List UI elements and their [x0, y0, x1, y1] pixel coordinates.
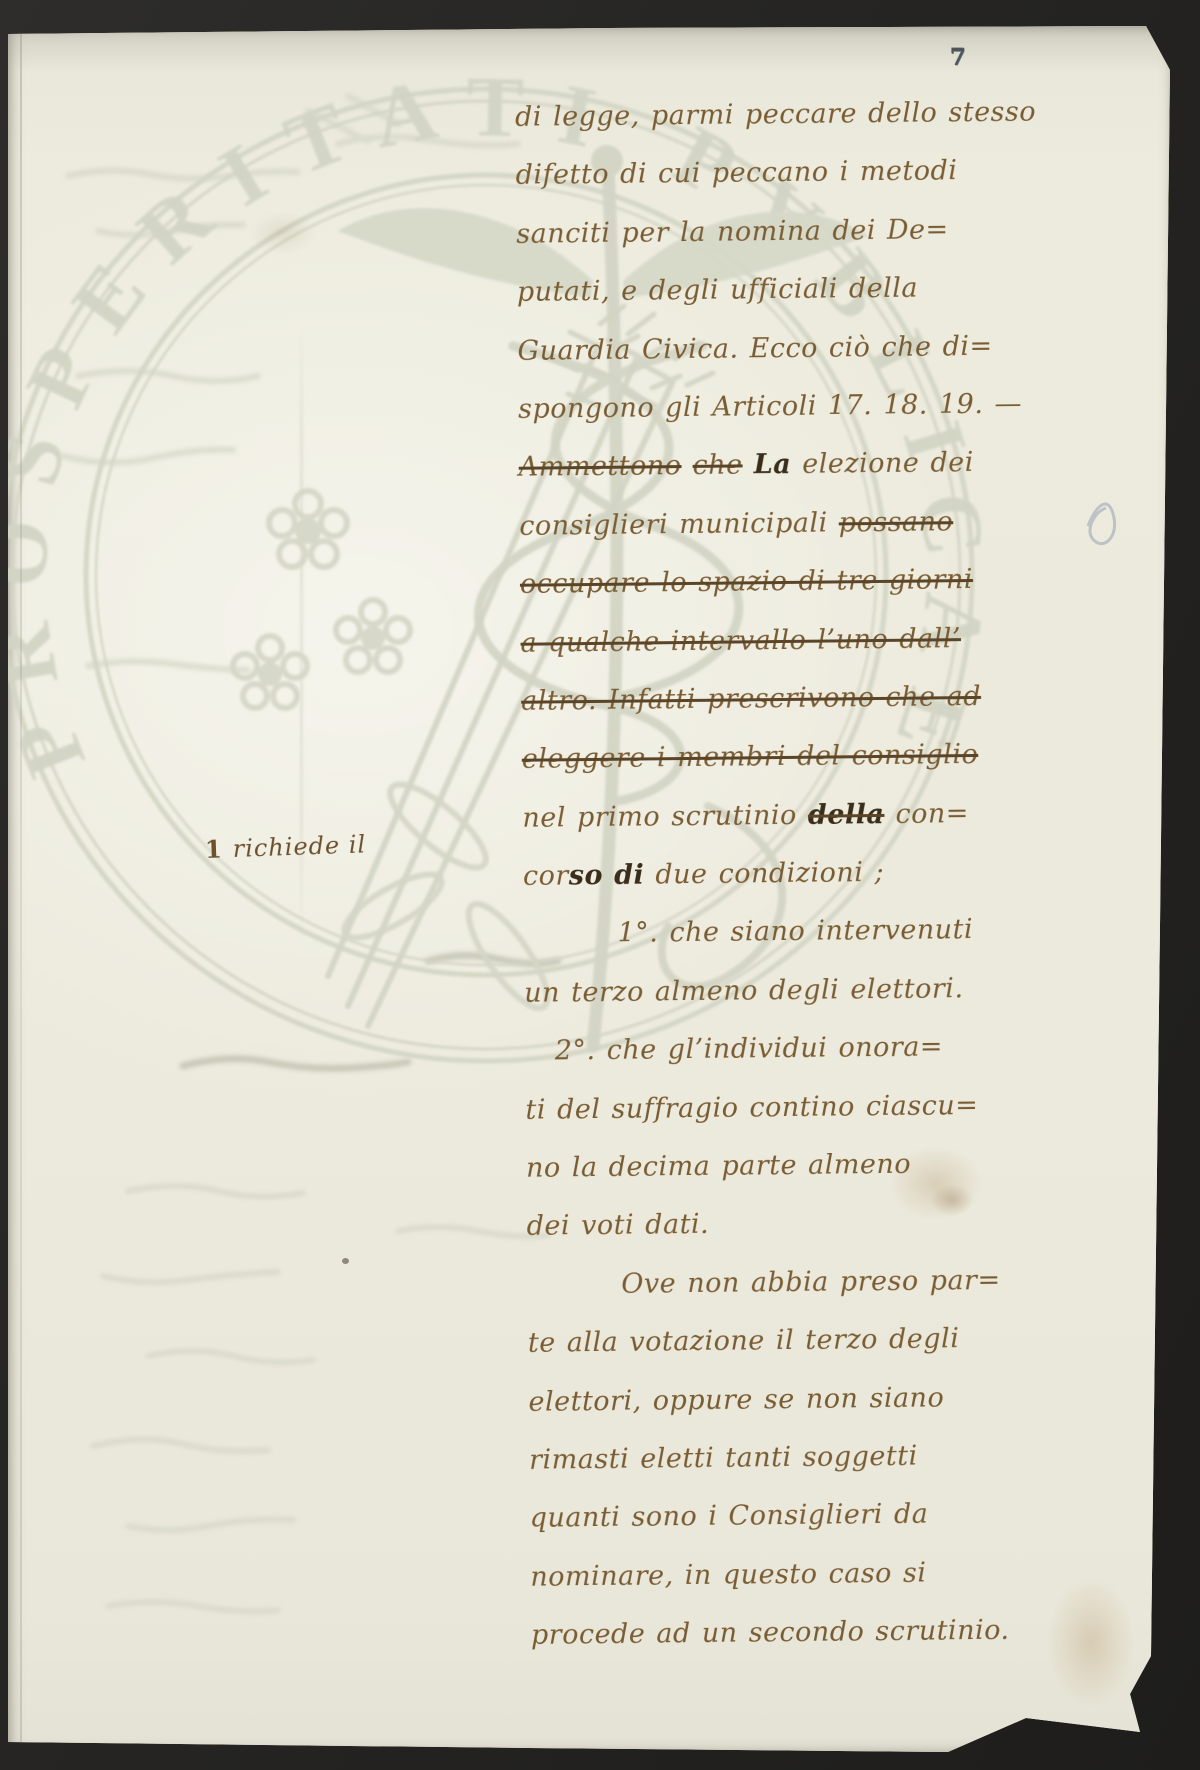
struck-text: altro. Infatti prescrivono che ad: [521, 681, 981, 717]
manuscript-line: dei voti dati.: [526, 1193, 1047, 1257]
handwritten-text: con=: [884, 798, 969, 830]
handwritten-text: elettori, oppure se non siano: [528, 1382, 944, 1417]
handwritten-text: difetto di cui peccano i metodi: [516, 156, 958, 192]
left-edge-crease: [20, 26, 22, 1754]
seal-emblem-flowers: [233, 491, 560, 1018]
handwritten-text: ti del suffragio contino ciascu=: [525, 1090, 978, 1126]
handwritten-text: putati, e degli ufficiali della: [517, 273, 918, 308]
handwritten-text: [742, 450, 753, 481]
handwritten-text: Ove non abbia preso par=: [621, 1265, 1001, 1300]
manuscript-line: nominare, in questo caso si: [530, 1543, 1051, 1607]
handwritten-text: [603, 860, 614, 891]
struck-text: che: [692, 450, 742, 482]
manuscript-text: di legge, parmi peccare dello stessodife…: [515, 83, 1051, 1665]
manuscript-line: elettori, oppure se non siano: [528, 1368, 1049, 1432]
manuscript-line: putati, e degli ufficiali della: [517, 258, 1038, 322]
handwritten-text: nominare, in questo caso si: [530, 1557, 926, 1592]
scan-background: { "page": { "number": "7" }, "watermark"…: [0, 0, 1200, 1770]
manuscript-line: nel primo scrutinio della con=: [522, 784, 1043, 848]
manuscript-line: altro. Infatti prescrivono che ad: [521, 667, 1042, 731]
margin-annotation-text: richiede il: [232, 830, 366, 863]
manuscript-line: rimasti eletti tanti soggetti: [529, 1426, 1050, 1490]
handwritten-text: sanciti per la nomina dei De=: [516, 214, 949, 250]
handwritten-text: cor: [523, 860, 569, 891]
handwritten-text: te alla votazione il terzo degli: [528, 1323, 960, 1359]
handwritten-text: La: [754, 449, 792, 480]
manuscript-line: sanciti per la nomina dei De=: [516, 200, 1037, 264]
handwritten-text: Guardia Civica. Ecco ciò che di=: [517, 330, 992, 366]
handwritten-text: quanti sono i Consiglieri da: [530, 1499, 929, 1534]
page-number: 7: [950, 44, 980, 78]
struck-text: Ammettono: [519, 450, 682, 483]
handwritten-text: [681, 450, 692, 481]
handwritten-text: nel primo scrutinio: [522, 799, 808, 833]
manuscript-line: quanti sono i Consiglieri da: [529, 1485, 1050, 1549]
manuscript-line: no la decima parte almeno: [526, 1134, 1047, 1198]
manuscript-line: a qualche intervallo l’uno dall’: [520, 609, 1041, 673]
manuscript-line: di legge, parmi peccare dello stesso: [515, 83, 1036, 147]
handwritten-text: di: [614, 860, 644, 891]
manuscript-line: 2°. che gl’individui onora=: [525, 1018, 1046, 1082]
manuscript-line: 1°. che siano intervenuti: [523, 901, 1044, 965]
handwritten-text: dei voti dati.: [527, 1209, 710, 1242]
manuscript-line: te alla votazione il terzo degli: [528, 1309, 1049, 1373]
handwritten-text: no la decima parte almeno: [526, 1149, 911, 1184]
handwritten-text: di legge, parmi peccare dello stesso: [515, 96, 1036, 132]
handwritten-text: rimasti eletti tanti soggetti: [529, 1441, 918, 1476]
margin-annotation: 1richiede il: [169, 800, 411, 868]
manuscript-line: Ove non abbia preso par=: [527, 1251, 1048, 1315]
handwritten-text: so: [569, 860, 604, 891]
manuscript-line: Guardia Civica. Ecco ciò che di=: [517, 317, 1038, 381]
manuscript-line: difetto di cui peccano i metodi: [515, 142, 1036, 206]
manuscript-line: corso di due condizioni ;: [523, 842, 1044, 906]
struck-text: eleggere i membri del consiglio: [522, 739, 979, 775]
manuscript-line: eleggere i membri del consiglio: [521, 726, 1042, 790]
manuscript-line: ti del suffragio contino ciascu=: [525, 1076, 1046, 1140]
struck-text: a qualche intervallo l’uno dall’: [520, 623, 961, 659]
blue-pen-scribble: [1088, 504, 1115, 544]
manuscript-page: PROSPERITATI PVBLICAE: [8, 26, 1173, 1754]
handwritten-text: 1°. che siano intervenuti: [617, 914, 973, 949]
manuscript-line: occupare lo spazio di tre giorni: [520, 550, 1041, 614]
struck-text: della: [808, 799, 885, 831]
struck-text: possano: [839, 506, 954, 538]
manuscript-line: un terzo almeno degli elettori.: [524, 959, 1045, 1023]
handwritten-text: spongono gli Articoli 17. 18. 19. —: [518, 388, 1022, 424]
manuscript-line: Ammettono che La elezione dei: [518, 434, 1039, 498]
insertion-mark: 1: [204, 834, 223, 864]
handwritten-text: due condizioni ;: [644, 857, 884, 891]
handwritten-text: consiglieri municipali: [519, 507, 839, 541]
manuscript-line: consiglieri municipali possano: [519, 492, 1040, 556]
manuscript-line: spongono gli Articoli 17. 18. 19. —: [518, 375, 1039, 439]
handwritten-text: procede ad un secondo scrutinio.: [531, 1615, 1010, 1651]
manuscript-line: procede ad un secondo scrutinio.: [531, 1601, 1052, 1665]
struck-text: occupare lo spazio di tre giorni: [520, 564, 973, 600]
handwritten-text: elezione dei: [791, 447, 974, 480]
handwritten-text: 2°. che gl’individui onora=: [555, 1032, 943, 1067]
handwritten-text: un terzo almeno degli elettori.: [524, 973, 964, 1009]
